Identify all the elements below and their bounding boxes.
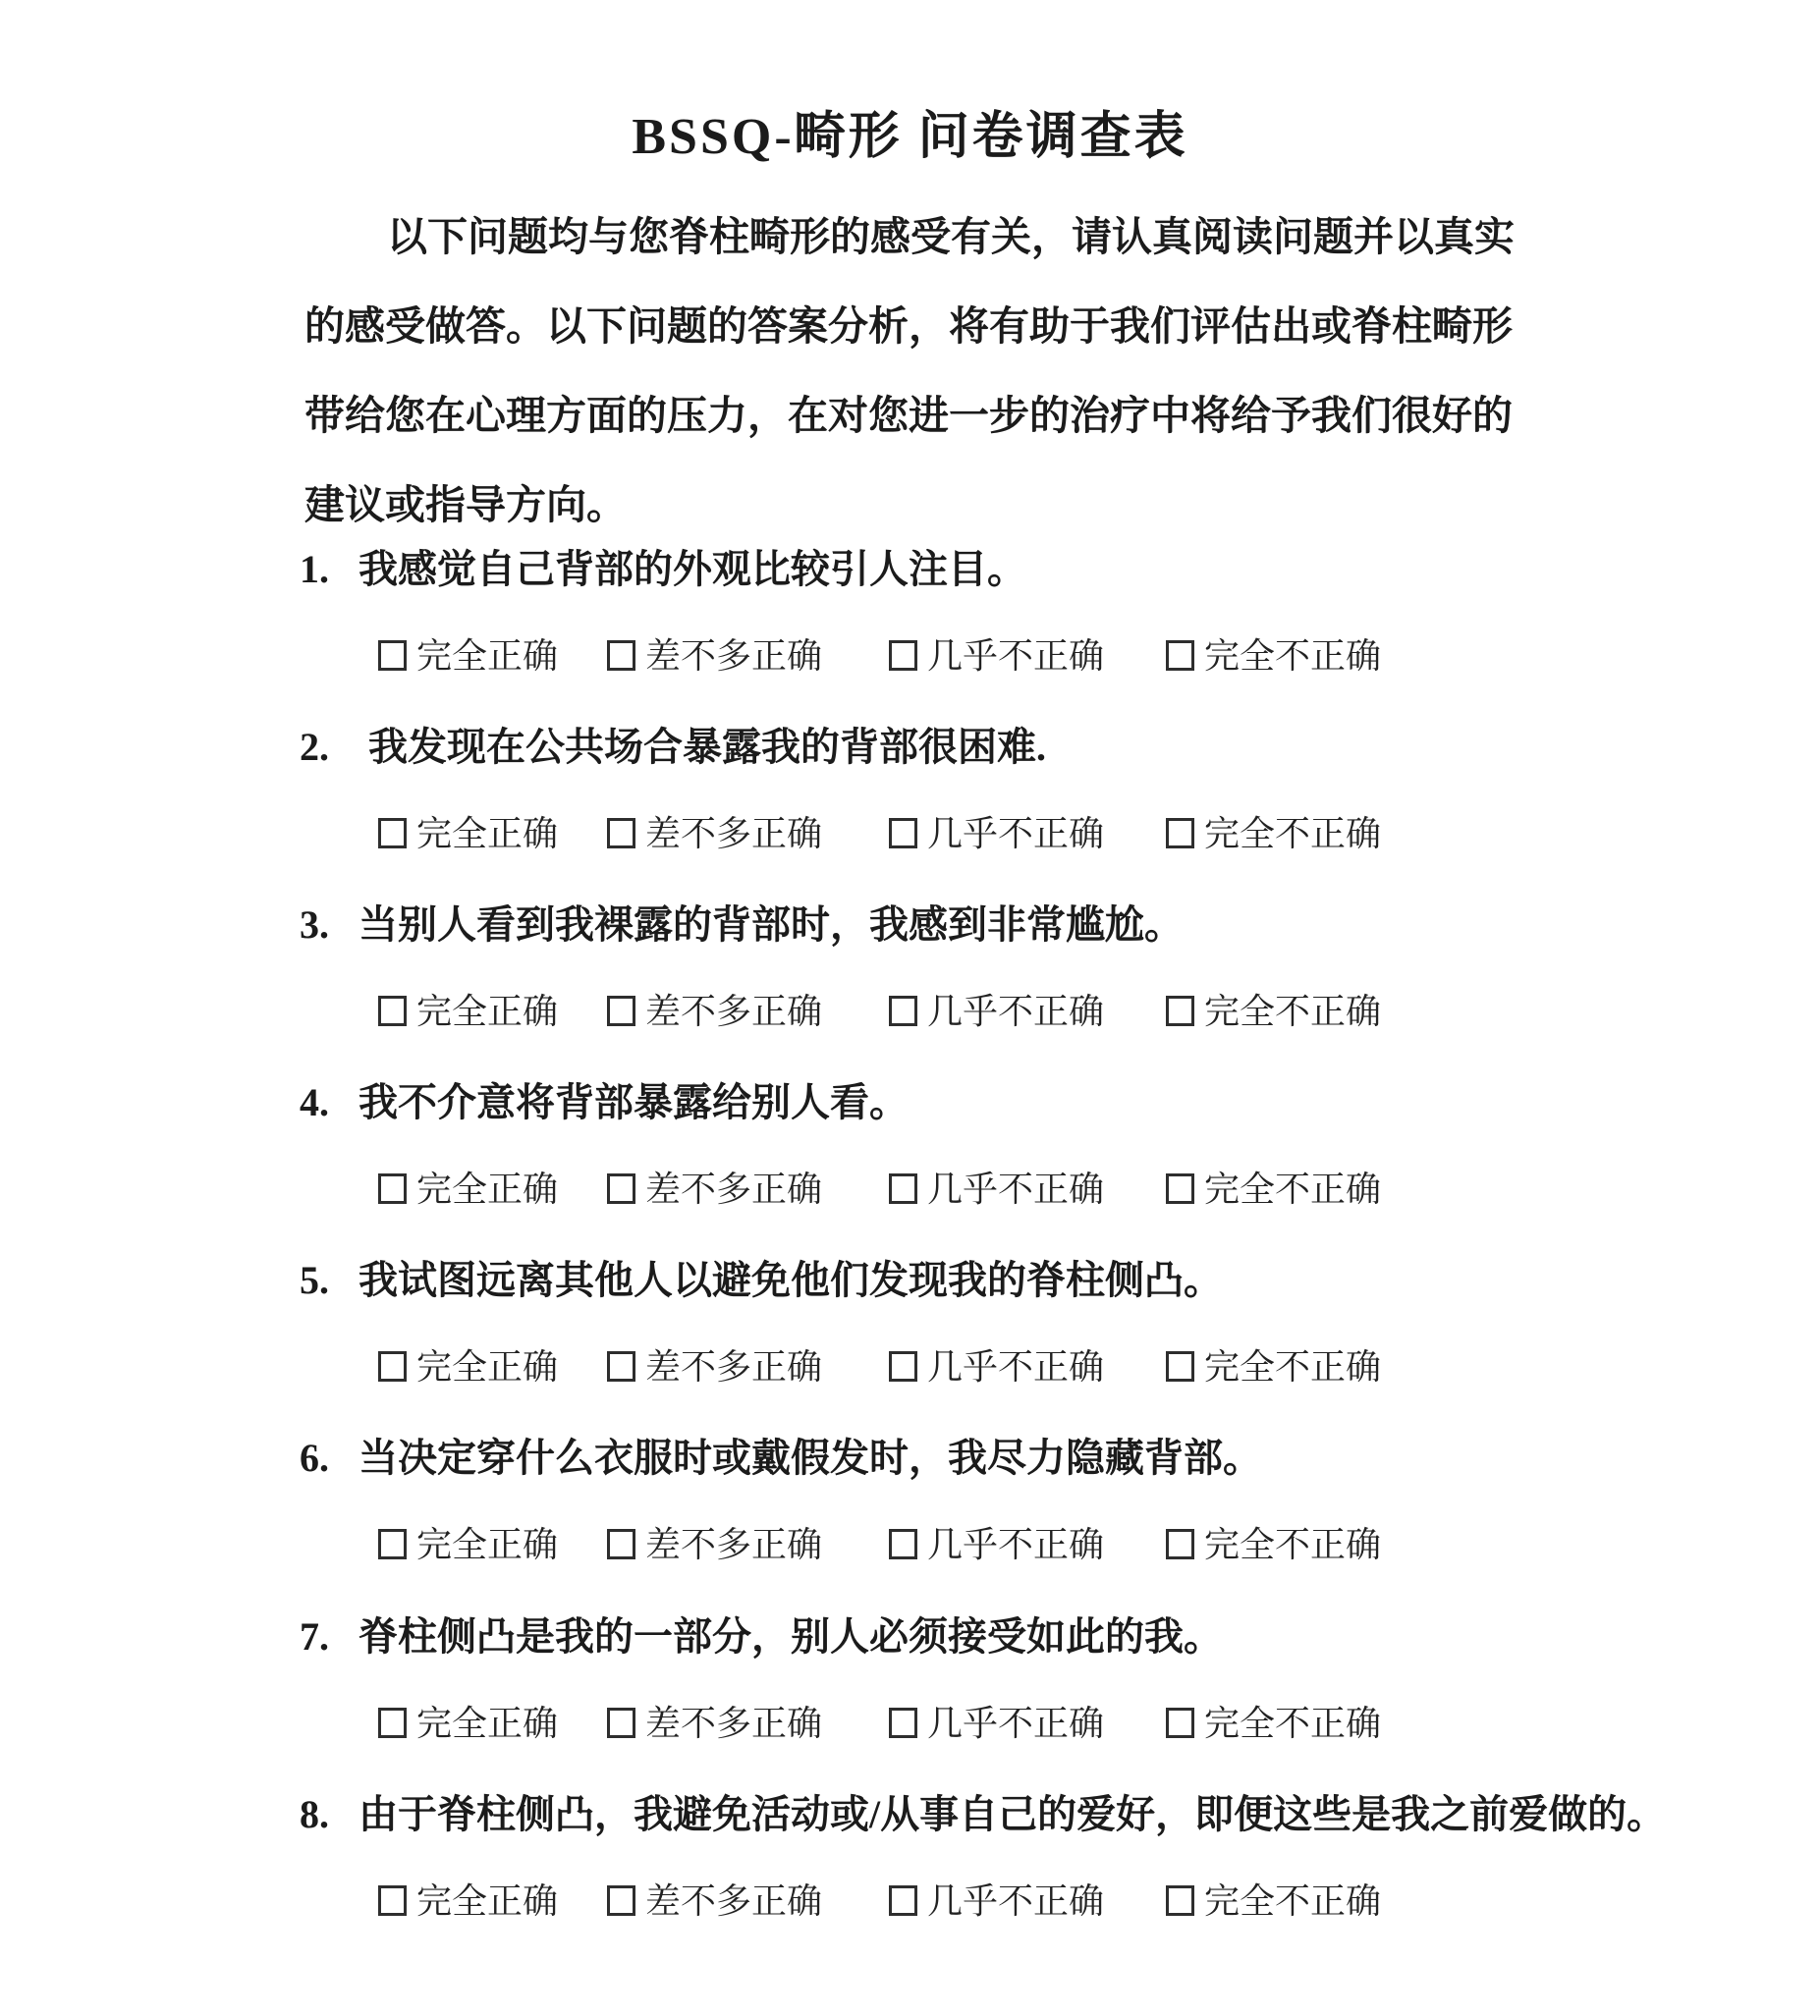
checkbox-icon[interactable] xyxy=(607,1885,635,1916)
option-label: 完全不正确 xyxy=(1204,1704,1381,1743)
checkbox-icon[interactable] xyxy=(1166,1708,1194,1738)
options-row: 完全正确 差不多正确 几乎不正确 完全不正确 xyxy=(300,992,1724,1031)
option-label: 几乎不正确 xyxy=(927,1347,1104,1387)
option-mostly-true[interactable]: 差不多正确 xyxy=(607,1525,889,1564)
option-label: 差不多正确 xyxy=(645,992,822,1031)
option-completely-true[interactable]: 完全正确 xyxy=(378,1347,607,1387)
option-label: 差不多正确 xyxy=(645,1347,822,1387)
checkbox-icon[interactable] xyxy=(889,996,917,1026)
option-label: 几乎不正确 xyxy=(927,1704,1104,1743)
checkbox-icon[interactable] xyxy=(1166,996,1194,1026)
intro-line: 带给您在心理方面的压力，在对您进一步的治疗中将给予我们很好的 xyxy=(304,371,1522,461)
question-text: 4. 我不介意将背部暴露给别人看。 xyxy=(300,1079,1724,1126)
option-label: 完全正确 xyxy=(416,1347,558,1387)
question-3: 3. 当别人看到我裸露的背部时，我感到非常尴尬。 完全正确 差不多正确 几乎不正… xyxy=(300,901,1724,1031)
checkbox-icon[interactable] xyxy=(378,818,407,848)
option-completely-true[interactable]: 完全正确 xyxy=(378,814,607,853)
checkbox-icon[interactable] xyxy=(607,640,635,671)
option-label: 差不多正确 xyxy=(645,1704,822,1743)
option-not-true[interactable]: 完全不正确 xyxy=(1166,636,1402,676)
option-label: 几乎不正确 xyxy=(927,1170,1104,1209)
option-label: 完全正确 xyxy=(416,814,558,853)
option-label: 完全正确 xyxy=(416,1704,558,1743)
checkbox-icon[interactable] xyxy=(378,1708,407,1738)
option-label: 完全不正确 xyxy=(1204,1881,1381,1921)
option-label: 完全不正确 xyxy=(1204,814,1381,853)
option-completely-true[interactable]: 完全正确 xyxy=(378,1704,607,1743)
option-label: 几乎不正确 xyxy=(927,1881,1104,1921)
option-not-true[interactable]: 完全不正确 xyxy=(1166,1347,1402,1387)
option-label: 完全不正确 xyxy=(1204,1347,1381,1387)
option-completely-true[interactable]: 完全正确 xyxy=(378,1881,607,1921)
checkbox-icon[interactable] xyxy=(607,1529,635,1559)
question-text: 3. 当别人看到我裸露的背部时，我感到非常尴尬。 xyxy=(300,901,1724,949)
option-hardly-true[interactable]: 几乎不正确 xyxy=(889,814,1166,853)
option-label: 完全不正确 xyxy=(1204,992,1381,1031)
option-label: 差不多正确 xyxy=(645,1170,822,1209)
options-row: 完全正确 差不多正确 几乎不正确 完全不正确 xyxy=(300,1170,1724,1209)
checkbox-icon[interactable] xyxy=(889,1885,917,1916)
checkbox-icon[interactable] xyxy=(1166,1351,1194,1382)
question-text: 8. 由于脊柱侧凸，我避免活动或/从事自己的爱好，即便这些是我之前爱做的。 xyxy=(300,1791,1724,1838)
option-hardly-true[interactable]: 几乎不正确 xyxy=(889,636,1166,676)
question-text: 7. 脊柱侧凸是我的一部分，别人必须接受如此的我。 xyxy=(300,1613,1724,1661)
options-row: 完全正确 差不多正确 几乎不正确 完全不正确 xyxy=(300,1525,1724,1564)
question-text: 6. 当决定穿什么衣服时或戴假发时，我尽力隐藏背部。 xyxy=(300,1435,1724,1482)
option-label: 差不多正确 xyxy=(645,636,822,676)
intro-paragraph: 以下问题均与您脊柱畸形的感受有关，请认真阅读问题并以真实 的感受做答。以下问题的… xyxy=(304,192,1522,550)
checkbox-icon[interactable] xyxy=(889,1529,917,1559)
question-6: 6. 当决定穿什么衣服时或戴假发时，我尽力隐藏背部。 完全正确 差不多正确 几乎… xyxy=(300,1435,1724,1564)
option-hardly-true[interactable]: 几乎不正确 xyxy=(889,1525,1166,1564)
question-text: 5. 我试图远离其他人以避免他们发现我的脊柱侧凸。 xyxy=(300,1257,1724,1304)
option-label: 完全不正确 xyxy=(1204,1170,1381,1209)
checkbox-icon[interactable] xyxy=(378,996,407,1026)
checkbox-icon[interactable] xyxy=(889,640,917,671)
options-row: 完全正确 差不多正确 几乎不正确 完全不正确 xyxy=(300,814,1724,853)
option-not-true[interactable]: 完全不正确 xyxy=(1166,814,1402,853)
checkbox-icon[interactable] xyxy=(1166,1529,1194,1559)
option-hardly-true[interactable]: 几乎不正确 xyxy=(889,1704,1166,1743)
option-label: 几乎不正确 xyxy=(927,992,1104,1031)
checkbox-icon[interactable] xyxy=(378,1529,407,1559)
option-mostly-true[interactable]: 差不多正确 xyxy=(607,1704,889,1743)
option-completely-true[interactable]: 完全正确 xyxy=(378,1525,607,1564)
option-mostly-true[interactable]: 差不多正确 xyxy=(607,636,889,676)
checkbox-icon[interactable] xyxy=(1166,1173,1194,1204)
option-hardly-true[interactable]: 几乎不正确 xyxy=(889,992,1166,1031)
option-completely-true[interactable]: 完全正确 xyxy=(378,636,607,676)
checkbox-icon[interactable] xyxy=(607,1708,635,1738)
option-not-true[interactable]: 完全不正确 xyxy=(1166,1704,1402,1743)
option-completely-true[interactable]: 完全正确 xyxy=(378,992,607,1031)
checkbox-icon[interactable] xyxy=(607,1351,635,1382)
option-mostly-true[interactable]: 差不多正确 xyxy=(607,1347,889,1387)
option-completely-true[interactable]: 完全正确 xyxy=(378,1170,607,1209)
option-not-true[interactable]: 完全不正确 xyxy=(1166,1170,1402,1209)
question-5: 5. 我试图远离其他人以避免他们发现我的脊柱侧凸。 完全正确 差不多正确 几乎不… xyxy=(300,1257,1724,1387)
question-7: 7. 脊柱侧凸是我的一部分，别人必须接受如此的我。 完全正确 差不多正确 几乎不… xyxy=(300,1613,1724,1743)
checkbox-icon[interactable] xyxy=(1166,818,1194,848)
options-row: 完全正确 差不多正确 几乎不正确 完全不正确 xyxy=(300,1347,1724,1387)
checkbox-icon[interactable] xyxy=(1166,1885,1194,1916)
options-row: 完全正确 差不多正确 几乎不正确 完全不正确 xyxy=(300,1881,1724,1921)
option-not-true[interactable]: 完全不正确 xyxy=(1166,1525,1402,1564)
option-label: 差不多正确 xyxy=(645,1525,822,1564)
option-label: 完全正确 xyxy=(416,636,558,676)
intro-line: 建议或指导方向。 xyxy=(304,461,1522,550)
checkbox-icon[interactable] xyxy=(378,640,407,671)
option-mostly-true[interactable]: 差不多正确 xyxy=(607,1881,889,1921)
option-not-true[interactable]: 完全不正确 xyxy=(1166,1881,1402,1921)
option-hardly-true[interactable]: 几乎不正确 xyxy=(889,1347,1166,1387)
option-label: 完全正确 xyxy=(416,992,558,1031)
options-row: 完全正确 差不多正确 几乎不正确 完全不正确 xyxy=(300,1704,1724,1743)
checkbox-icon[interactable] xyxy=(889,818,917,848)
option-hardly-true[interactable]: 几乎不正确 xyxy=(889,1881,1166,1921)
option-label: 几乎不正确 xyxy=(927,636,1104,676)
checkbox-icon[interactable] xyxy=(607,1173,635,1204)
question-4: 4. 我不介意将背部暴露给别人看。 完全正确 差不多正确 几乎不正确 完全不正确 xyxy=(300,1079,1724,1209)
option-mostly-true[interactable]: 差不多正确 xyxy=(607,814,889,853)
checkbox-icon[interactable] xyxy=(607,996,635,1026)
checkbox-icon[interactable] xyxy=(378,1351,407,1382)
option-label: 完全不正确 xyxy=(1204,1525,1381,1564)
checkbox-icon[interactable] xyxy=(889,1173,917,1204)
option-label: 几乎不正确 xyxy=(927,814,1104,853)
question-text: 1. 我感觉自己背部的外观比较引人注目。 xyxy=(300,546,1724,593)
option-mostly-true[interactable]: 差不多正确 xyxy=(607,992,889,1031)
checkbox-icon[interactable] xyxy=(378,1885,407,1916)
option-hardly-true[interactable]: 几乎不正确 xyxy=(889,1170,1166,1209)
question-text: 2. 我发现在公共场合暴露我的背部很困难. xyxy=(300,724,1724,771)
option-label: 几乎不正确 xyxy=(927,1525,1104,1564)
question-1: 1. 我感觉自己背部的外观比较引人注目。 完全正确 差不多正确 几乎不正确 完全… xyxy=(300,546,1724,676)
option-not-true[interactable]: 完全不正确 xyxy=(1166,992,1402,1031)
checkbox-icon[interactable] xyxy=(889,1351,917,1382)
option-mostly-true[interactable]: 差不多正确 xyxy=(607,1170,889,1209)
option-label: 差不多正确 xyxy=(645,814,822,853)
option-label: 完全正确 xyxy=(416,1881,558,1921)
checkbox-icon[interactable] xyxy=(889,1708,917,1738)
option-label: 差不多正确 xyxy=(645,1881,822,1921)
intro-line: 以下问题均与您脊柱畸形的感受有关，请认真阅读问题并以真实 xyxy=(304,192,1522,282)
option-label: 完全正确 xyxy=(416,1170,558,1209)
checkbox-icon[interactable] xyxy=(378,1173,407,1204)
option-label: 完全正确 xyxy=(416,1525,558,1564)
option-label: 完全不正确 xyxy=(1204,636,1381,676)
page-title: BSSQ-畸形 问卷调查表 xyxy=(0,108,1820,167)
question-8: 8. 由于脊柱侧凸，我避免活动或/从事自己的爱好，即便这些是我之前爱做的。 完全… xyxy=(300,1791,1724,1921)
intro-line: 的感受做答。以下问题的答案分析，将有助于我们评估出或脊柱畸形 xyxy=(304,282,1522,371)
options-row: 完全正确 差不多正确 几乎不正确 完全不正确 xyxy=(300,636,1724,676)
question-2: 2. 我发现在公共场合暴露我的背部很困难. 完全正确 差不多正确 几乎不正确 完… xyxy=(300,724,1724,853)
checkbox-icon[interactable] xyxy=(1166,640,1194,671)
checkbox-icon[interactable] xyxy=(607,818,635,848)
questionnaire-document: BSSQ-畸形 问卷调查表 以下问题均与您脊柱畸形的感受有关，请认真阅读问题并以… xyxy=(0,0,1820,2016)
